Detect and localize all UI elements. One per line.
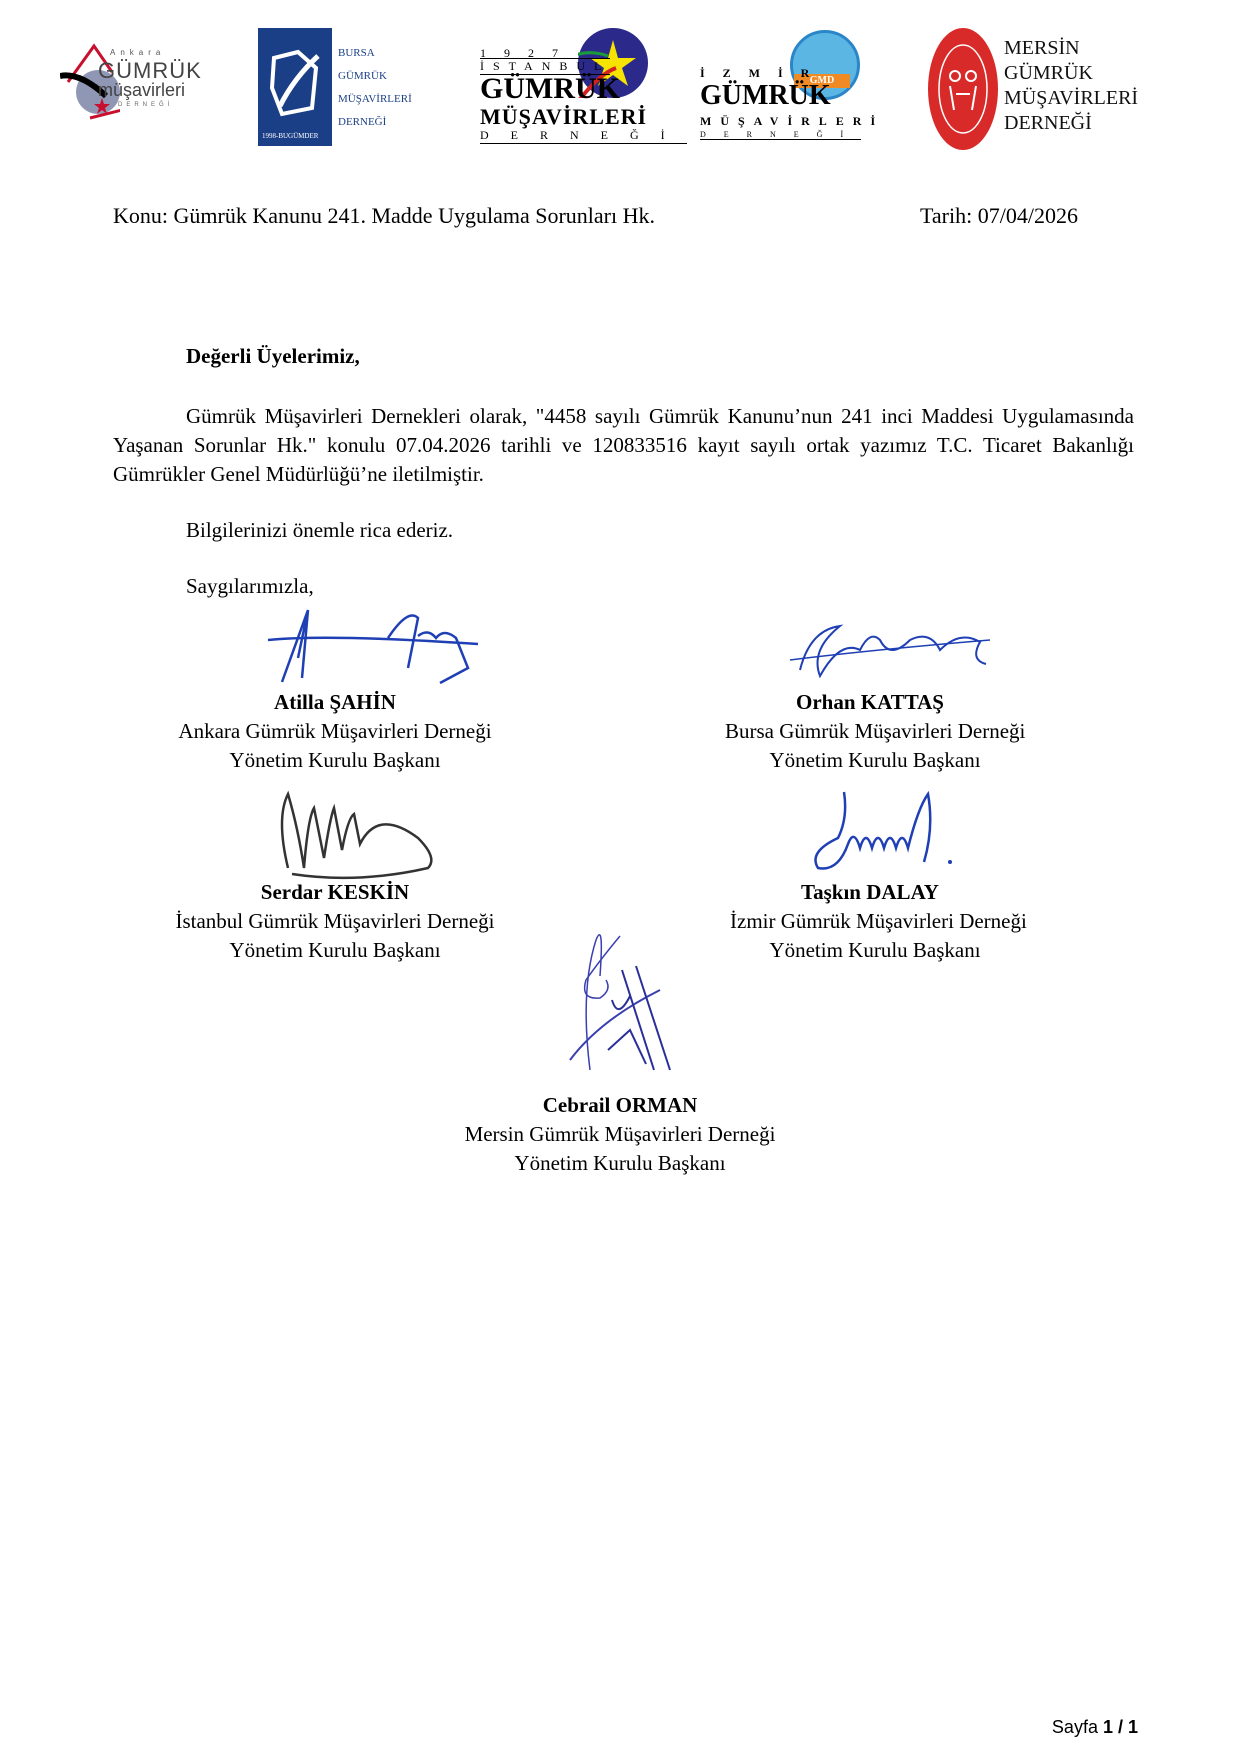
- subject-line: Konu: Gümrük Kanunu 241. Madde Uygulama …: [113, 203, 655, 229]
- mersin-logo-line: MÜŞAVİRLERİ: [1004, 86, 1138, 111]
- date-line: Tarih: 07/04/2026: [920, 203, 1078, 229]
- signature-ankara-icon: [268, 608, 488, 688]
- bursa-logo-line: DERNEĞİ: [338, 111, 412, 134]
- istanbul-logo-dernegi: DERNEĞİ: [480, 128, 687, 144]
- signatory-title: Yönetim Kurulu Başkanı: [140, 938, 530, 963]
- istanbul-logo-musavirleri: MÜŞAVİRLERİ: [480, 104, 647, 130]
- bursa-logo-text: BURSA GÜMRÜK MÜŞAVİRLERİ DERNEĞİ: [338, 42, 412, 134]
- page-number: Sayfa 1 / 1: [1052, 1717, 1138, 1738]
- izmir-logo-dernegi: DERNEĞİ: [700, 130, 861, 140]
- bursa-leaf-icon: [268, 48, 322, 118]
- signature-mersin-icon: [560, 930, 690, 1080]
- logo-mersin: MERSİN GÜMRÜK MÜŞAVİRLERİ DERNEĞİ: [928, 28, 1108, 150]
- signatory-name: Atilla ŞAHİN: [200, 690, 470, 715]
- izmir-logo-musavirleri: MÜŞAVİRLERİ: [700, 114, 884, 129]
- body-paragraph: Gümrük Müşavirleri Dernekleri olarak, "4…: [113, 402, 1134, 489]
- logo-ankara: Ankara GÜMRÜK müşavirleri DERNEĞİ: [60, 42, 220, 127]
- mersin-logo-line: MERSİN: [1004, 36, 1138, 61]
- ankara-logo-dernegi: DERNEĞİ: [118, 102, 173, 108]
- istanbul-logo-gumruk: GÜMRÜK: [480, 72, 620, 106]
- signatory-name: Taşkın DALAY: [735, 880, 1005, 905]
- signatory-title: Yönetim Kurulu Başkanı: [420, 1151, 820, 1176]
- mersin-logo-text: MERSİN GÜMRÜK MÜŞAVİRLERİ DERNEĞİ: [1004, 36, 1138, 136]
- logo-istanbul: 1927 İSTANBUL GÜMRÜK MÜŞAVİRLERİ DERNEĞİ: [478, 26, 646, 144]
- bursa-logo-year: 1998-BUGÜMDER: [262, 132, 318, 140]
- mersin-logo-line: DERNEĞİ: [1004, 111, 1138, 136]
- salutation: Değerli Üyelerimiz,: [186, 344, 360, 369]
- signatory-org: Ankara Gümrük Müşavirleri Derneği: [140, 719, 530, 744]
- page-number-value: 1 / 1: [1103, 1717, 1138, 1737]
- signatory-title: Yönetim Kurulu Başkanı: [725, 938, 1025, 963]
- izmir-logo-city: İZMİR: [700, 66, 827, 81]
- signatory-org: Mersin Gümrük Müşavirleri Derneği: [420, 1122, 820, 1147]
- ankara-logo-city: Ankara: [110, 48, 165, 57]
- signatory-name: Cebrail ORMAN: [470, 1093, 770, 1118]
- signatory-name: Orhan KATTAŞ: [735, 690, 1005, 715]
- izmir-logo-gumruk: GÜMRÜK: [700, 80, 831, 112]
- closing-line: Saygılarımızla,: [186, 574, 314, 599]
- bursa-logo-line: MÜŞAVİRLERİ: [338, 88, 412, 111]
- bursa-logo-line: GÜMRÜK: [338, 65, 412, 88]
- bursa-emblem: 1998-BUGÜMDER: [258, 28, 332, 146]
- logo-izmir: GMD İZMİR GÜMRÜK MÜŞAVİRLERİ DERNEĞİ: [698, 30, 858, 150]
- thanks-line: Bilgilerinizi önemle rica ederiz.: [186, 518, 453, 543]
- signatory-org: İzmir Gümrük Müşavirleri Derneği: [730, 909, 1120, 934]
- page-number-prefix: Sayfa: [1052, 1717, 1098, 1737]
- signatory-title: Yönetim Kurulu Başkanı: [140, 748, 530, 773]
- signature-istanbul-icon: [278, 788, 458, 878]
- mersin-logo-line: GÜMRÜK: [1004, 61, 1138, 86]
- mersin-seal-icon: [928, 28, 998, 150]
- signatory-name: Serdar KESKİN: [200, 880, 470, 905]
- signatory-title: Yönetim Kurulu Başkanı: [725, 748, 1025, 773]
- signature-izmir-icon: [808, 788, 978, 872]
- bursa-logo-line: BURSA: [338, 42, 412, 65]
- signatory-org: Bursa Gümrük Müşavirleri Derneği: [725, 719, 1115, 744]
- signature-bursa-icon: [790, 620, 1000, 682]
- signatory-org: İstanbul Gümrük Müşavirleri Derneği: [140, 909, 530, 934]
- logo-bursa: 1998-BUGÜMDER BURSA GÜMRÜK MÜŞAVİRLERİ D…: [258, 28, 406, 146]
- ankara-logo-musavirleri: müşavirleri: [98, 80, 185, 101]
